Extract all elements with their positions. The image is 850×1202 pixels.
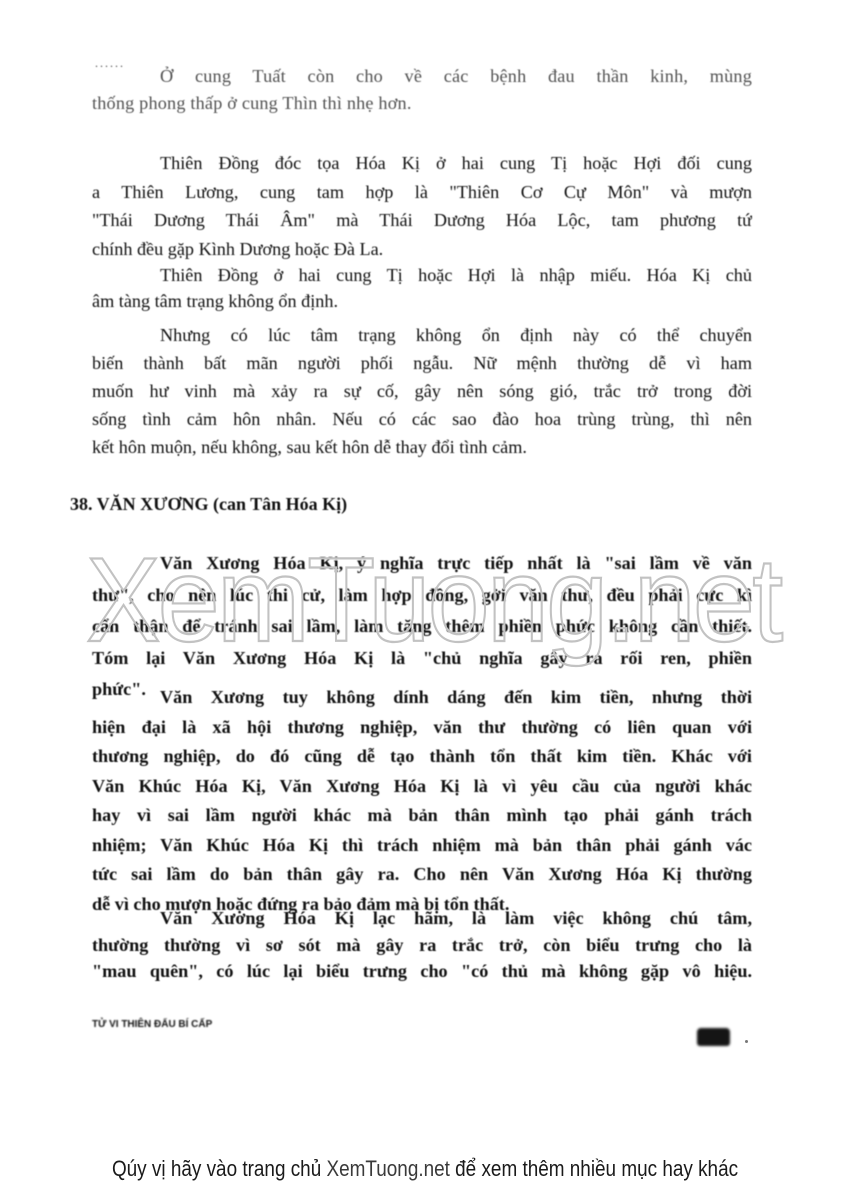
- text-line: muốn hư vinh mà xảy ra sự cố, gây nên só…: [92, 378, 752, 404]
- text-line: Văn Khúc Hóa Kị, Văn Xương Hóa Kị là vì …: [92, 773, 752, 799]
- text-line: thống phong thấp ở cung Thìn thì nhẹ hơn…: [92, 90, 752, 116]
- text-line: "mau quên", có lúc lại biểu trưng cho "c…: [92, 958, 752, 984]
- text-line: sống tình cảm hôn nhân. Nếu có các sao đ…: [92, 406, 752, 432]
- text-line: tức sai lầm do bản thân gây ra. Cho nên …: [92, 861, 752, 887]
- text-line: hiện đại là xã hội thương nghiệp, văn th…: [92, 714, 752, 740]
- text-line: kết hôn muộn, nếu không, sau kết hôn dễ …: [92, 434, 752, 460]
- footer-caption: Qúy vị hãy vào trang chủ XemTuong.net để…: [60, 1156, 791, 1182]
- text-line: Ở cung Tuất còn cho về các bệnh đau thần…: [92, 63, 752, 89]
- text-line: "Thái Dương Thái Âm" mà Thái Dương Hóa L…: [92, 207, 752, 233]
- text-line: cẩn thận để tránh sai lầm, làm tăng thêm…: [92, 613, 752, 639]
- scanned-book-page: ...... Ở cung Tuất còn cho về các bệnh đ…: [0, 0, 850, 1202]
- scan-speck: [745, 1040, 748, 1043]
- text-line: hay vì sai lầm người khác mà bản thân mì…: [92, 802, 752, 828]
- caption-text-before: Qúy vị hãy vào trang chủ: [112, 1156, 327, 1181]
- section-heading: 38. VĂN XƯƠNG (can Tân Hóa Kị): [70, 494, 347, 515]
- text-line: Thiên Đồng ở hai cung Tị hoặc Hợi là nhậ…: [92, 262, 752, 288]
- text-line: chính đều gặp Kình Dương hoặc Đà La.: [92, 236, 752, 262]
- text-line: thương nghiệp, do đó cũng dễ tạo thành t…: [92, 743, 752, 769]
- text-line: Tóm lại Văn Xương Hóa Kị là "chủ nghĩa g…: [92, 645, 752, 671]
- page-number: [697, 1028, 730, 1046]
- text-line: nhiệm; Văn Khúc Hóa Kị thì trách nhiệm m…: [92, 832, 752, 858]
- text-line: a Thiên Lương, cung tam hợp là "Thiên Cơ…: [92, 179, 752, 205]
- text-line: biến thành bất mãn người phối ngẫu. Nữ m…: [92, 350, 752, 376]
- text-line: âm tàng tâm trạng không ổn định.: [92, 288, 752, 314]
- running-head: TỬ VI THIÊN ĐẨU BÍ CẤP: [92, 1018, 212, 1030]
- text-line: Thiên Đồng đóc tọa Hóa Kị ở hai cung Tị …: [92, 150, 752, 176]
- text-line: Nhưng có lúc tâm trạng không ổn định này…: [92, 322, 752, 348]
- text-line: Văn Xương Hóa Kị, ý nghĩa trực tiếp nhất…: [92, 550, 752, 576]
- text-line: thường thường vì sơ sót mà gây ra trắc t…: [92, 932, 752, 958]
- text-line: Văn Xương tuy không dính dáng đến kim ti…: [92, 684, 752, 710]
- text-line: thư", cho nên lúc thi cử, làm hợp đồng, …: [92, 582, 752, 608]
- caption-text-after: để xem thêm nhiều mục hay khác: [450, 1156, 738, 1181]
- text-line: Văn Xương Hóa Kị lạc hãm, là làm việc kh…: [92, 905, 752, 931]
- site-link[interactable]: XemTuong.net: [326, 1156, 449, 1181]
